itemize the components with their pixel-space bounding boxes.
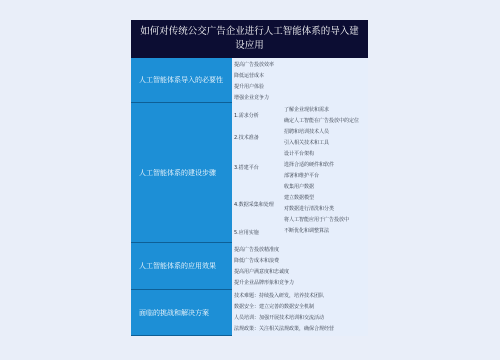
step-label: 3.搭建平台 bbox=[234, 164, 259, 171]
step-label: 2.技术准备 bbox=[234, 134, 259, 141]
list-item: 了解企业现状和需求 bbox=[284, 106, 329, 113]
section-challenges: 面临的挑战和解决方案 bbox=[131, 290, 232, 336]
list-item: 降低广告成本和浪费 bbox=[234, 257, 279, 264]
list-item: 部署和维护平台 bbox=[284, 172, 319, 179]
step-label: 5.应用实施 bbox=[234, 229, 259, 236]
diagram-title: 如何对传统公交广告企业进行人工智能体系的导入建设应用 bbox=[131, 20, 368, 58]
list-item: 对数据进行清洗和分类 bbox=[284, 205, 334, 212]
list-item: 引入相关技术和工具 bbox=[284, 139, 329, 146]
list-item: 提升企业品牌形象和竞争力 bbox=[234, 279, 294, 286]
list-item: 人员培训：加强开展技术培训和交流活动 bbox=[234, 314, 324, 321]
section-necessity: 人工智能体系导入的必要性 bbox=[131, 58, 232, 103]
list-item: 建立数据模型 bbox=[284, 194, 314, 201]
list-item: 法规政策：关注相关法规政策，确保合规经营 bbox=[234, 325, 334, 332]
list-item: 技术难题：持续投入研发，培养技术团队 bbox=[234, 292, 324, 299]
step-label: 4.数据采集和处理 bbox=[234, 201, 274, 208]
mind-map: 如何对传统公交广告企业进行人工智能体系的导入建设应用 人工智能体系导入的必要性 … bbox=[131, 20, 368, 336]
list-item: 招聘和培训技术人员 bbox=[284, 128, 329, 135]
list-item: 选择合适的硬件和软件 bbox=[284, 161, 334, 168]
list-item: 收集用户数据 bbox=[284, 183, 314, 190]
list-item: 不断优化和调整算法 bbox=[284, 227, 329, 234]
list-item: 降低运营成本 bbox=[234, 72, 264, 79]
list-item: 将人工智能应用于广告投放中 bbox=[284, 216, 349, 223]
list-item: 数据安全：建立完善的数据安全机制 bbox=[234, 303, 314, 310]
list-item: 提高广告投放效率 bbox=[234, 61, 274, 68]
list-item: 提升用户体验 bbox=[234, 83, 264, 90]
list-item: 确定人工智能在广告投放中的定位 bbox=[284, 117, 359, 124]
section-effects: 人工智能体系的应用效果 bbox=[131, 243, 232, 290]
list-item: 提高广告投放精准度 bbox=[234, 246, 279, 253]
list-item: 设计平台架构 bbox=[284, 150, 314, 157]
step-label: 1.需求分析 bbox=[234, 112, 259, 119]
section-build-steps: 人工智能体系的建设步骤 bbox=[131, 103, 232, 243]
list-item: 提高用户满意度和忠诚度 bbox=[234, 268, 289, 275]
list-item: 增强企业竞争力 bbox=[234, 94, 269, 101]
